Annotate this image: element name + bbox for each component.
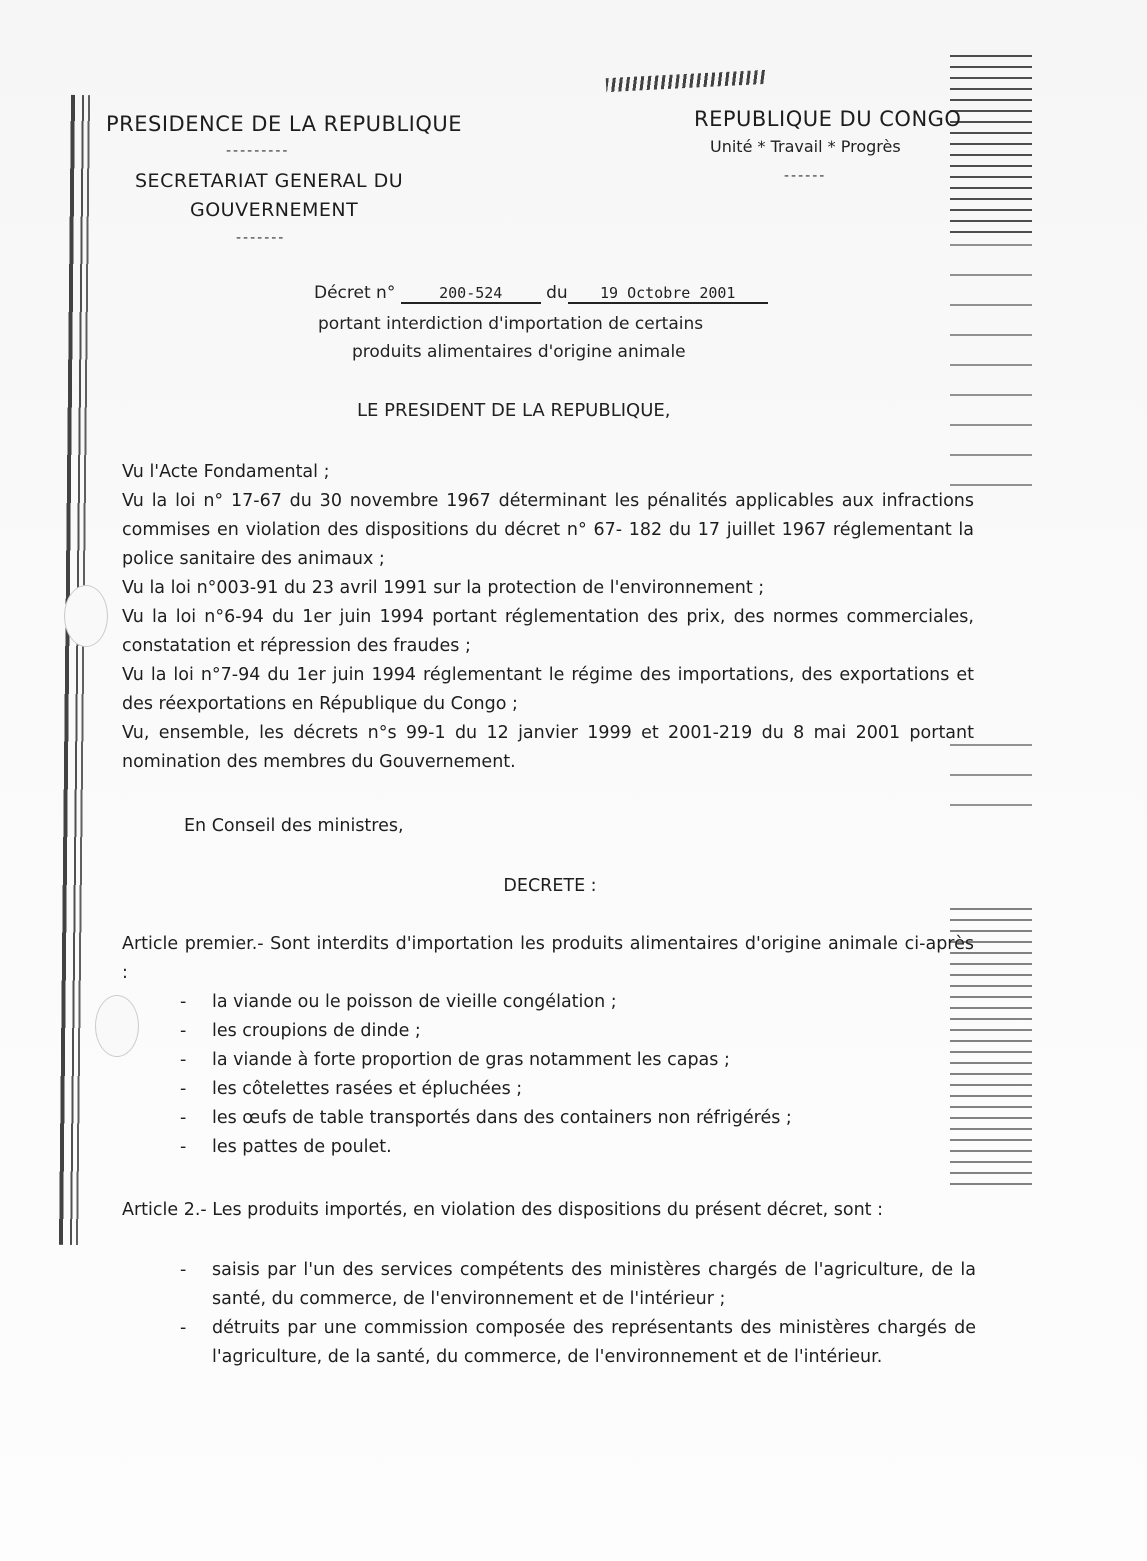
- bullet-dash: -: [180, 1314, 190, 1372]
- visas-block: Vu l'Acte Fondamental ; Vu la loi n° 17-…: [122, 458, 974, 777]
- list-item: -la viande à forte proportion de gras no…: [180, 1046, 960, 1075]
- punch-hole-artifact: [95, 995, 139, 1057]
- margin-noise-artifact: [950, 48, 1032, 238]
- visa-item: Vu la loi n°003-91 du 23 avril 1991 sur …: [122, 574, 974, 603]
- header-left-title: PRESIDENCE DE LA REPUBLIQUE: [106, 112, 462, 136]
- list-item: -les pattes de poulet.: [180, 1133, 960, 1162]
- article-1-list: -la viande ou le poisson de vieille cong…: [180, 988, 960, 1162]
- bullet-dash: -: [180, 1104, 190, 1133]
- visa-item: Vu la loi n°7-94 du 1er juin 1994 réglem…: [122, 661, 974, 719]
- article-2-heading: Article 2.- Les produits importés, en vi…: [122, 1196, 974, 1225]
- binding-edge-artifact: [56, 95, 98, 1245]
- list-item: -saisis par l'un des services compétents…: [180, 1256, 976, 1314]
- decree-subject-2: produits alimentaires d'origine animale: [352, 342, 686, 362]
- visa-item: Vu, ensemble, les décrets n°s 99-1 du 12…: [122, 719, 974, 777]
- header-left-separator: ---------: [226, 143, 289, 159]
- header-left-subtitle-1: SECRETARIAT GENERAL DU: [135, 170, 403, 192]
- handwritten-scribble: [606, 70, 767, 92]
- list-item: -les œufs de table transportés dans des …: [180, 1104, 960, 1133]
- scanned-page: PRESIDENCE DE LA REPUBLIQUE --------- SE…: [0, 0, 1147, 1561]
- list-item: -détruits par une commission composée de…: [180, 1314, 976, 1372]
- decree-number-line: Décret n° 200-524 du19 Octobre 2001: [314, 283, 768, 304]
- header-left-subtitle-2: GOUVERNEMENT: [190, 199, 358, 221]
- header-right-motto: Unité * Travail * Progrès: [710, 137, 901, 156]
- president-heading: LE PRESIDENT DE LA REPUBLIQUE,: [357, 400, 670, 421]
- list-item: -les croupions de dinde ;: [180, 1017, 960, 1046]
- list-item: -la viande ou le poisson de vieille cong…: [180, 988, 960, 1017]
- bullet-dash: -: [180, 1046, 190, 1075]
- decrete-heading: DECRETE :: [0, 872, 1100, 901]
- header-left-separator-2: -------: [236, 230, 285, 246]
- punch-hole-artifact: [64, 585, 108, 647]
- bullet-dash: -: [180, 988, 190, 1017]
- decree-label: Décret n°: [314, 283, 395, 303]
- decree-date: 19 Octobre 2001: [568, 284, 768, 304]
- article-1-heading: Article premier.- Sont interdits d'impor…: [122, 930, 974, 988]
- bullet-dash: -: [180, 1256, 190, 1314]
- decree-date-label: du: [546, 283, 568, 303]
- decree-number: 200-524: [401, 284, 541, 304]
- decree-subject-1: portant interdiction d'importation de ce…: [318, 314, 703, 334]
- header-right-title: REPUBLIQUE DU CONGO: [694, 107, 961, 131]
- visa-item: Vu la loi n°6-94 du 1er juin 1994 portan…: [122, 603, 974, 661]
- visa-item: Vu la loi n° 17-67 du 30 novembre 1967 d…: [122, 487, 974, 574]
- council-line: En Conseil des ministres,: [184, 812, 404, 841]
- bullet-dash: -: [180, 1017, 190, 1046]
- article-2-list: -saisis par l'un des services compétents…: [180, 1256, 976, 1372]
- visa-item: Vu l'Acte Fondamental ;: [122, 458, 974, 487]
- list-item: -les côtelettes rasées et épluchées ;: [180, 1075, 960, 1104]
- bullet-dash: -: [180, 1133, 190, 1162]
- bullet-dash: -: [180, 1075, 190, 1104]
- header-right-separator: ------: [784, 168, 826, 184]
